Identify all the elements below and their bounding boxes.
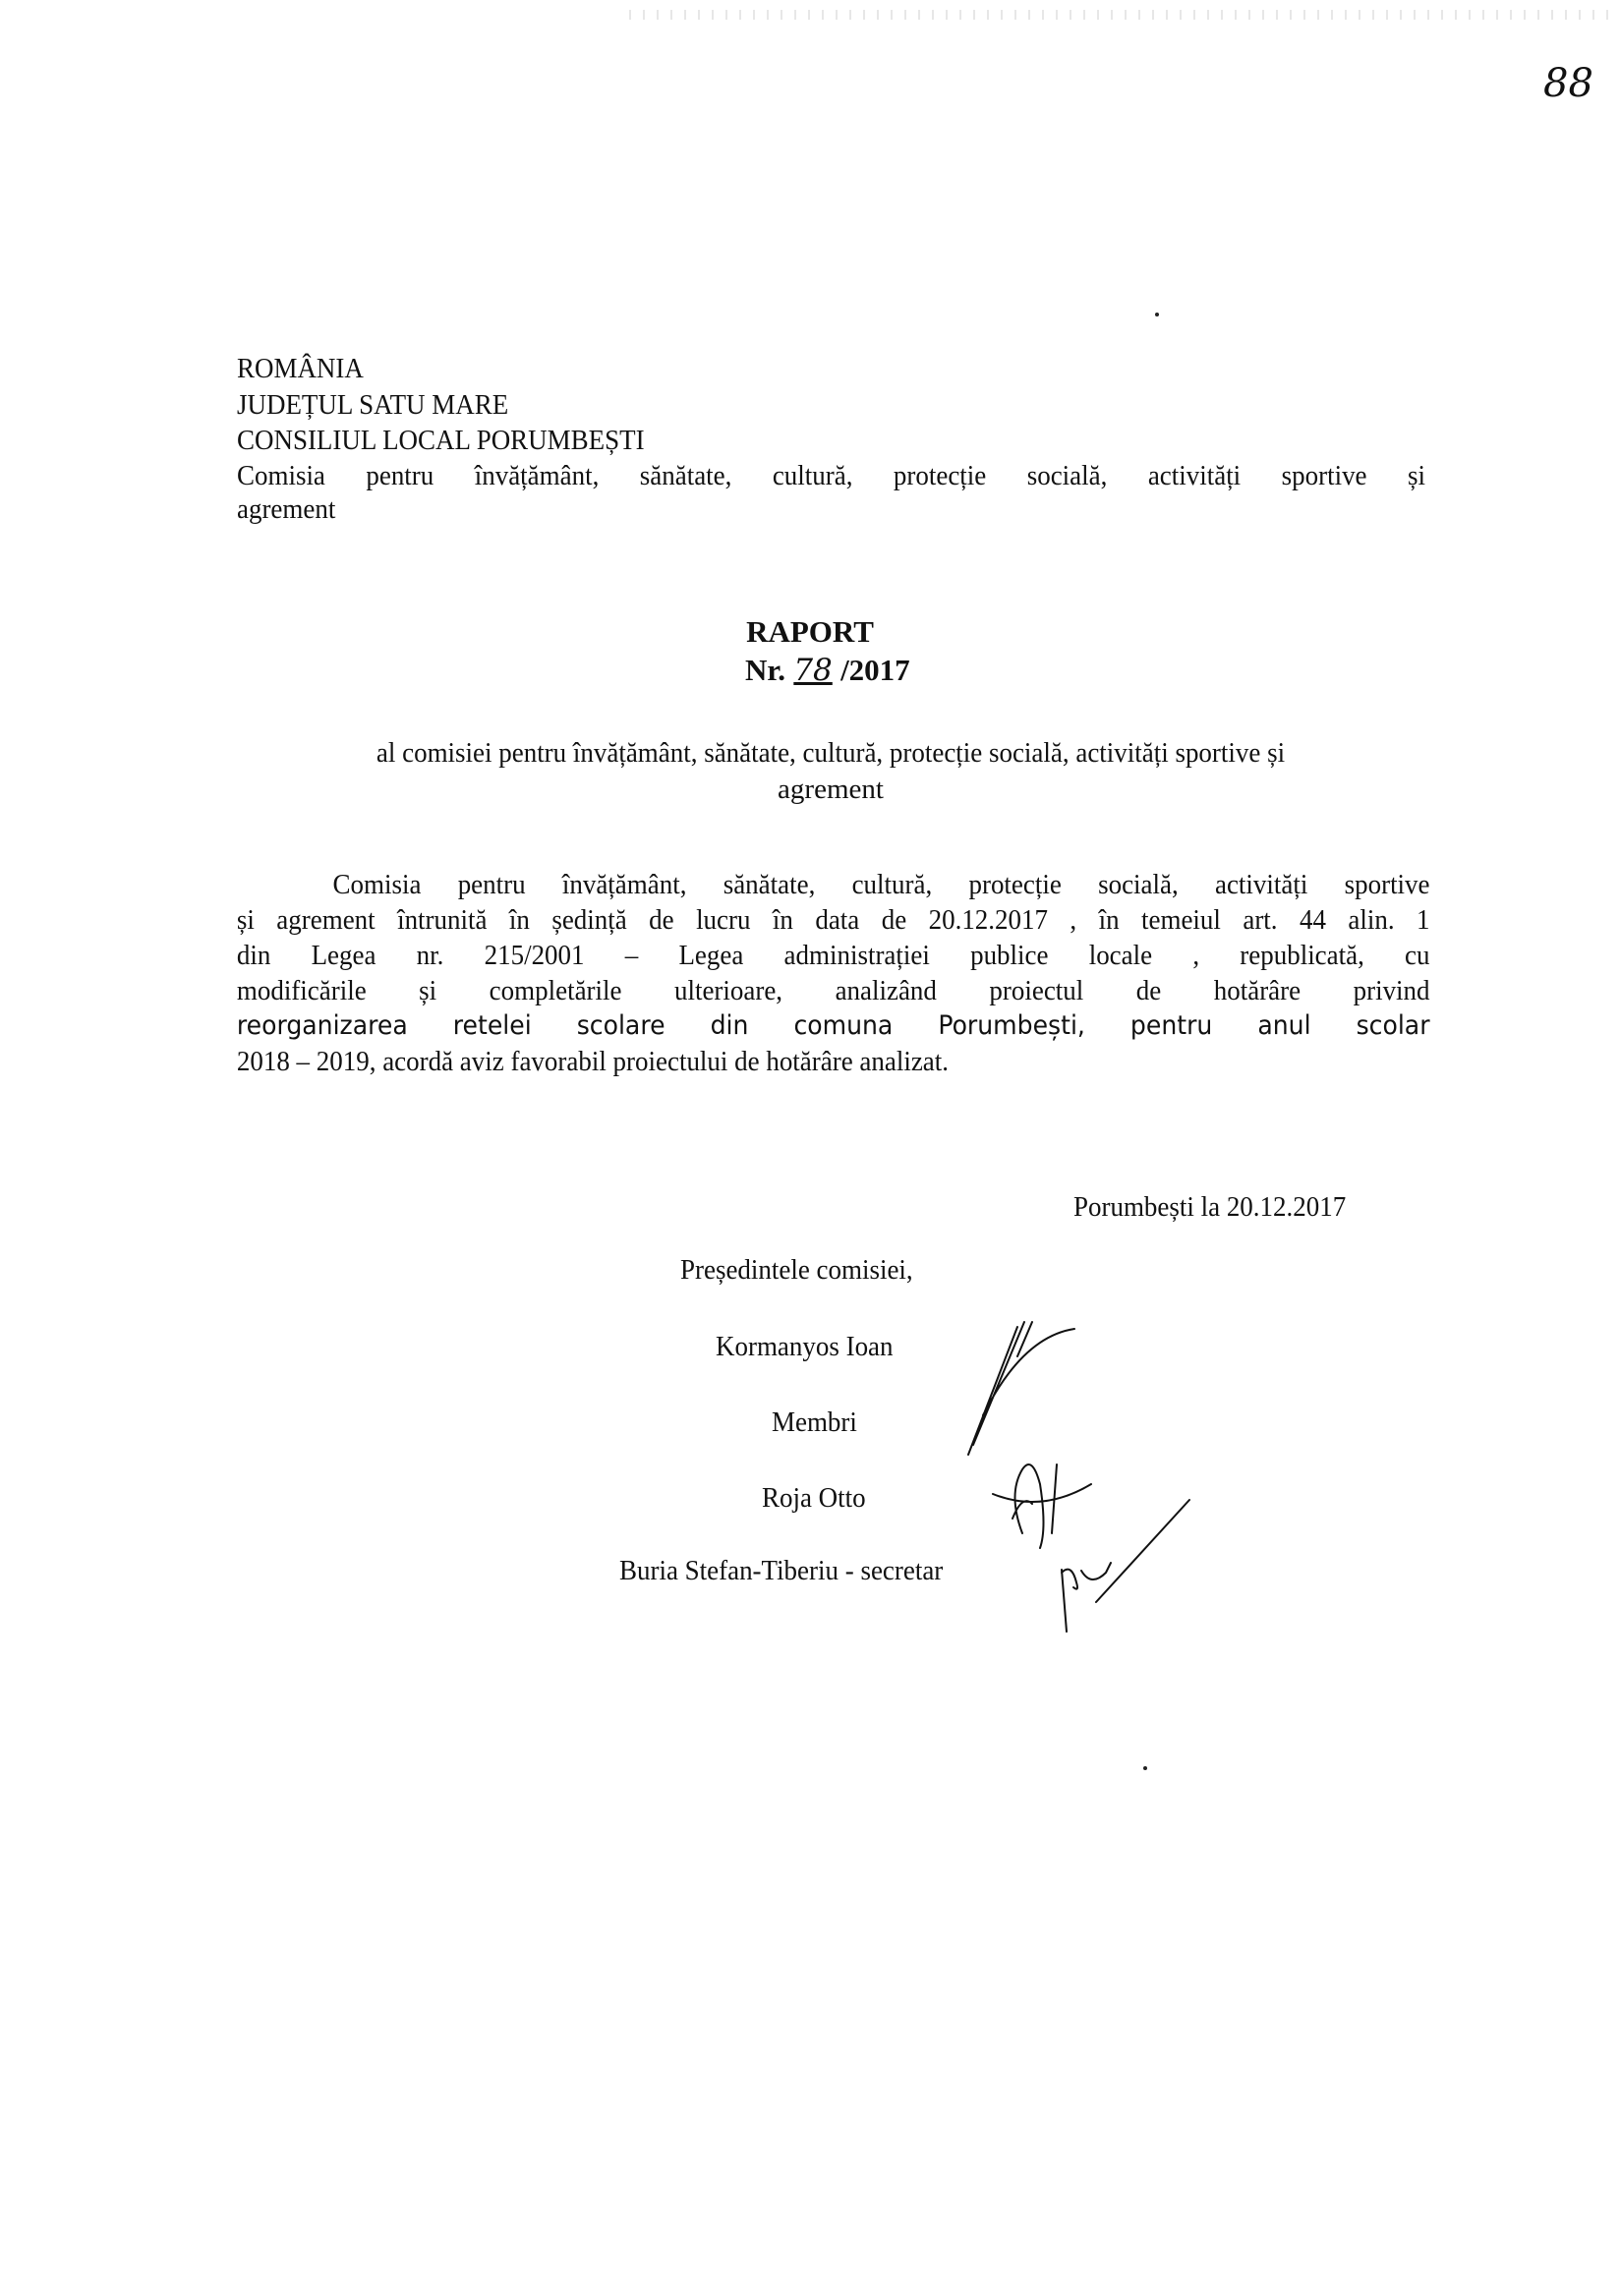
signature-president-icon [968,1322,1074,1455]
signature-member2-icon [1062,1500,1189,1632]
signature-member1-icon [993,1464,1091,1548]
scan-speck [1143,1766,1147,1770]
handwritten-signatures [0,0,1620,2296]
